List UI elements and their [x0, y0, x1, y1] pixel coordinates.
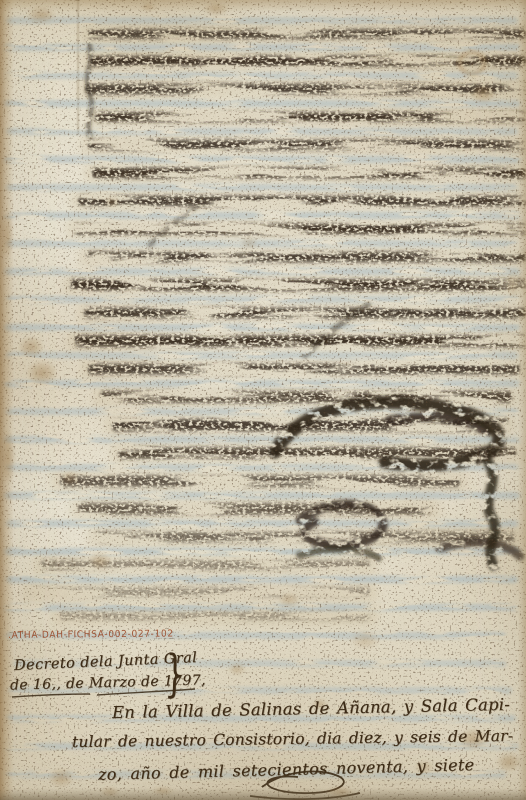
- manuscript-page: .ATHA-DAH-FICHSA-002-027-102 Decreto del…: [0, 0, 526, 800]
- archive-reference-stamp: .ATHA-DAH-FICHSA-002-027-102: [8, 628, 174, 641]
- annotation-brace: }: [164, 644, 186, 704]
